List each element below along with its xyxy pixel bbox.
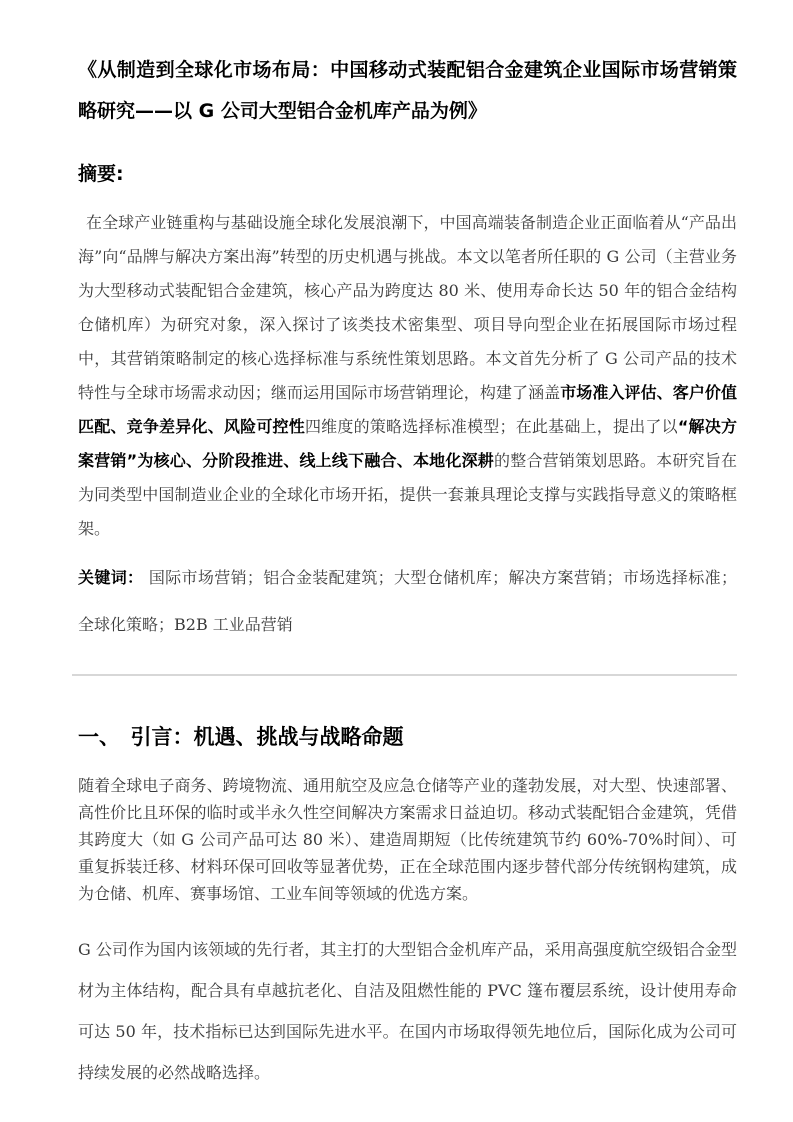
- keywords-paragraph: 关键词： 国际市场营销；铝合金装配建筑；大型仓储机库；解决方案营销；市场选择标准…: [78, 554, 737, 648]
- section-divider: [72, 674, 737, 676]
- keywords-label: 关键词：: [78, 568, 143, 587]
- abstract-heading: 摘要:: [78, 160, 737, 188]
- intro-paragraph-1: 随着全球电子商务、跨境物流、通用航空及应急仓储等产业的蓬勃发展，对大型、快速部署…: [78, 772, 737, 907]
- intro-paragraph-2: G 公司作为国内该领域的先行者，其主打的大型铝合金机库产品，采用高强度航空级铝合…: [78, 929, 737, 1093]
- abstract-text-part2: 四维度的策略选择标准模型；在此基础上，提出了以: [305, 417, 678, 436]
- document-page: 《从制造到全球化市场布局：中国移动式装配铝合金建筑企业国际市场营销策略研究——以…: [0, 0, 793, 1122]
- abstract-text-part1: 在全球产业链重构与基础设施全球化发展浪潮下，中国高端装备制造企业正面临着从“产品…: [78, 213, 737, 402]
- section-1-heading: 一、 引言：机遇、挑战与战略命题: [78, 722, 737, 752]
- abstract-paragraph: 在全球产业链重构与基础设施全球化发展浪潮下，中国高端装备制造企业正面临着从“产品…: [78, 206, 737, 546]
- document-title: 《从制造到全球化市场布局：中国移动式装配铝合金建筑企业国际市场营销策略研究——以…: [78, 50, 737, 132]
- keywords-text: 国际市场营销；铝合金装配建筑；大型仓储机库；解决方案营销；市场选择标准；全球化策…: [78, 568, 737, 634]
